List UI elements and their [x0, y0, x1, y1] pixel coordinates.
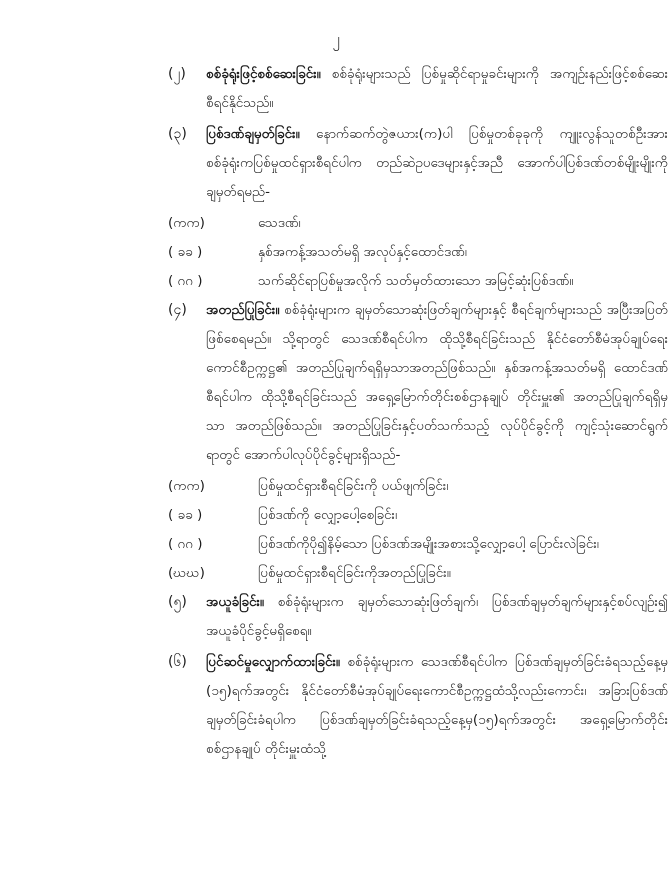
item-text: ပြစ်ဒဏ်ကို လျှော့ပေါ့စေခြင်း၊ [258, 507, 397, 523]
item-number: ( ဂဂ ) [168, 530, 252, 559]
list-item: (ကက)ပြစ်မှုထင်ရှားစီရင်ခြင်းကို ပယ်ဖျက်ခ… [168, 472, 668, 501]
item-number: (ဃဃ) [168, 559, 252, 588]
section-number: (၄) [168, 296, 187, 325]
item-text: ပြစ်မှုထင်ရှားစီရင်ခြင်းကိုအတည်ပြုခြင်း။ [258, 565, 451, 581]
list-item: ( ဂဂ )ပြစ်ဒဏ်ကိုပို၍နိမ့်သော ပြစ်ဒဏ်အမျိ… [168, 530, 668, 559]
item-number: (ကက) [168, 209, 252, 238]
section-title: အယူခံခြင်း။ [206, 594, 264, 610]
section-number: (၆) [168, 648, 187, 677]
item-number: ( ဂဂ ) [168, 267, 252, 296]
list-item: ( ခခ )ပြစ်ဒဏ်ကို လျှော့ပေါ့စေခြင်း၊ [168, 501, 668, 530]
list-item: (ကက)သေဒဏ်၊ [168, 209, 668, 238]
item-text: ပြစ်ဒဏ်ကိုပို၍နိမ့်သော ပြစ်ဒဏ်အမျိုးအစား… [258, 536, 599, 552]
item-text: နှစ်အကန့်အသတ်မရှိ အလုပ်နှင့်ထောင်ဒဏ်၊ [258, 244, 467, 260]
list-item: ( ခခ )နှစ်အကန့်အသတ်မရှိ အလုပ်နှင့်ထောင်ဒ… [168, 238, 668, 267]
section-number: (၃) [168, 120, 187, 149]
item-number: ( ခခ ) [168, 501, 252, 530]
page-number: ၂ [0, 30, 672, 52]
document-body: (၂) စစ်ခုံရုံးဖြင့်စစ်ဆေးခြင်း။ စစ်ခုံရု… [168, 60, 668, 766]
section-title: ပြင်ဆင်မှုလျှောက်ထားခြင်း။ [206, 654, 340, 670]
item-text: သက်ဆိုင်ရာပြစ်မှုအလိုက် သတ်မှတ်ထားသော အမ… [258, 273, 573, 289]
section-text: စစ်ခုံရုံးများက ချမှတ်သောဆုံးဖြတ်ချက်၊ ပ… [206, 594, 668, 639]
section-text: စစ်ခုံရုံးများက ချမှတ်သောဆုံးဖြတ်ချက်မျာ… [206, 302, 668, 463]
list-item: ( ဂဂ )သက်ဆိုင်ရာပြစ်မှုအလိုက် သတ်မှတ်ထား… [168, 267, 668, 296]
section-title: ပြစ်ဒဏ်ချမှတ်ခြင်း။ [206, 126, 300, 142]
item-number: ( ခခ ) [168, 238, 252, 267]
section-title: စစ်ခုံရုံးဖြင့်စစ်ဆေးခြင်း။ [206, 66, 321, 82]
section-title: အတည်ပြုခြင်း။ [206, 302, 279, 318]
section-2: (၂) စစ်ခုံရုံးဖြင့်စစ်ဆေးခြင်း။ စစ်ခုံရု… [168, 60, 668, 118]
section-4: (၄) အတည်ပြုခြင်း။ စစ်ခုံရုံးများက ချမှတ်… [168, 296, 668, 470]
section-number: (၅) [168, 588, 187, 617]
item-text: ပြစ်မှုထင်ရှားစီရင်ခြင်းကို ပယ်ဖျက်ခြင်း… [258, 478, 448, 494]
section-5: (၅) အယူခံခြင်း။ စစ်ခုံရုံးများက ချမှတ်သေ… [168, 588, 668, 646]
list-item: (ဃဃ)ပြစ်မှုထင်ရှားစီရင်ခြင်းကိုအတည်ပြုခြ… [168, 559, 668, 588]
item-number: (ကက) [168, 472, 252, 501]
section-number: (၂) [168, 60, 186, 89]
item-text: သေဒဏ်၊ [258, 215, 301, 231]
section-6: (၆) ပြင်ဆင်မှုလျှောက်ထားခြင်း။ စစ်ခုံရုံ… [168, 648, 668, 764]
section-3: (၃) ပြစ်ဒဏ်ချမှတ်ခြင်း။ နောက်ဆက်တွဲဇယား(… [168, 120, 668, 207]
